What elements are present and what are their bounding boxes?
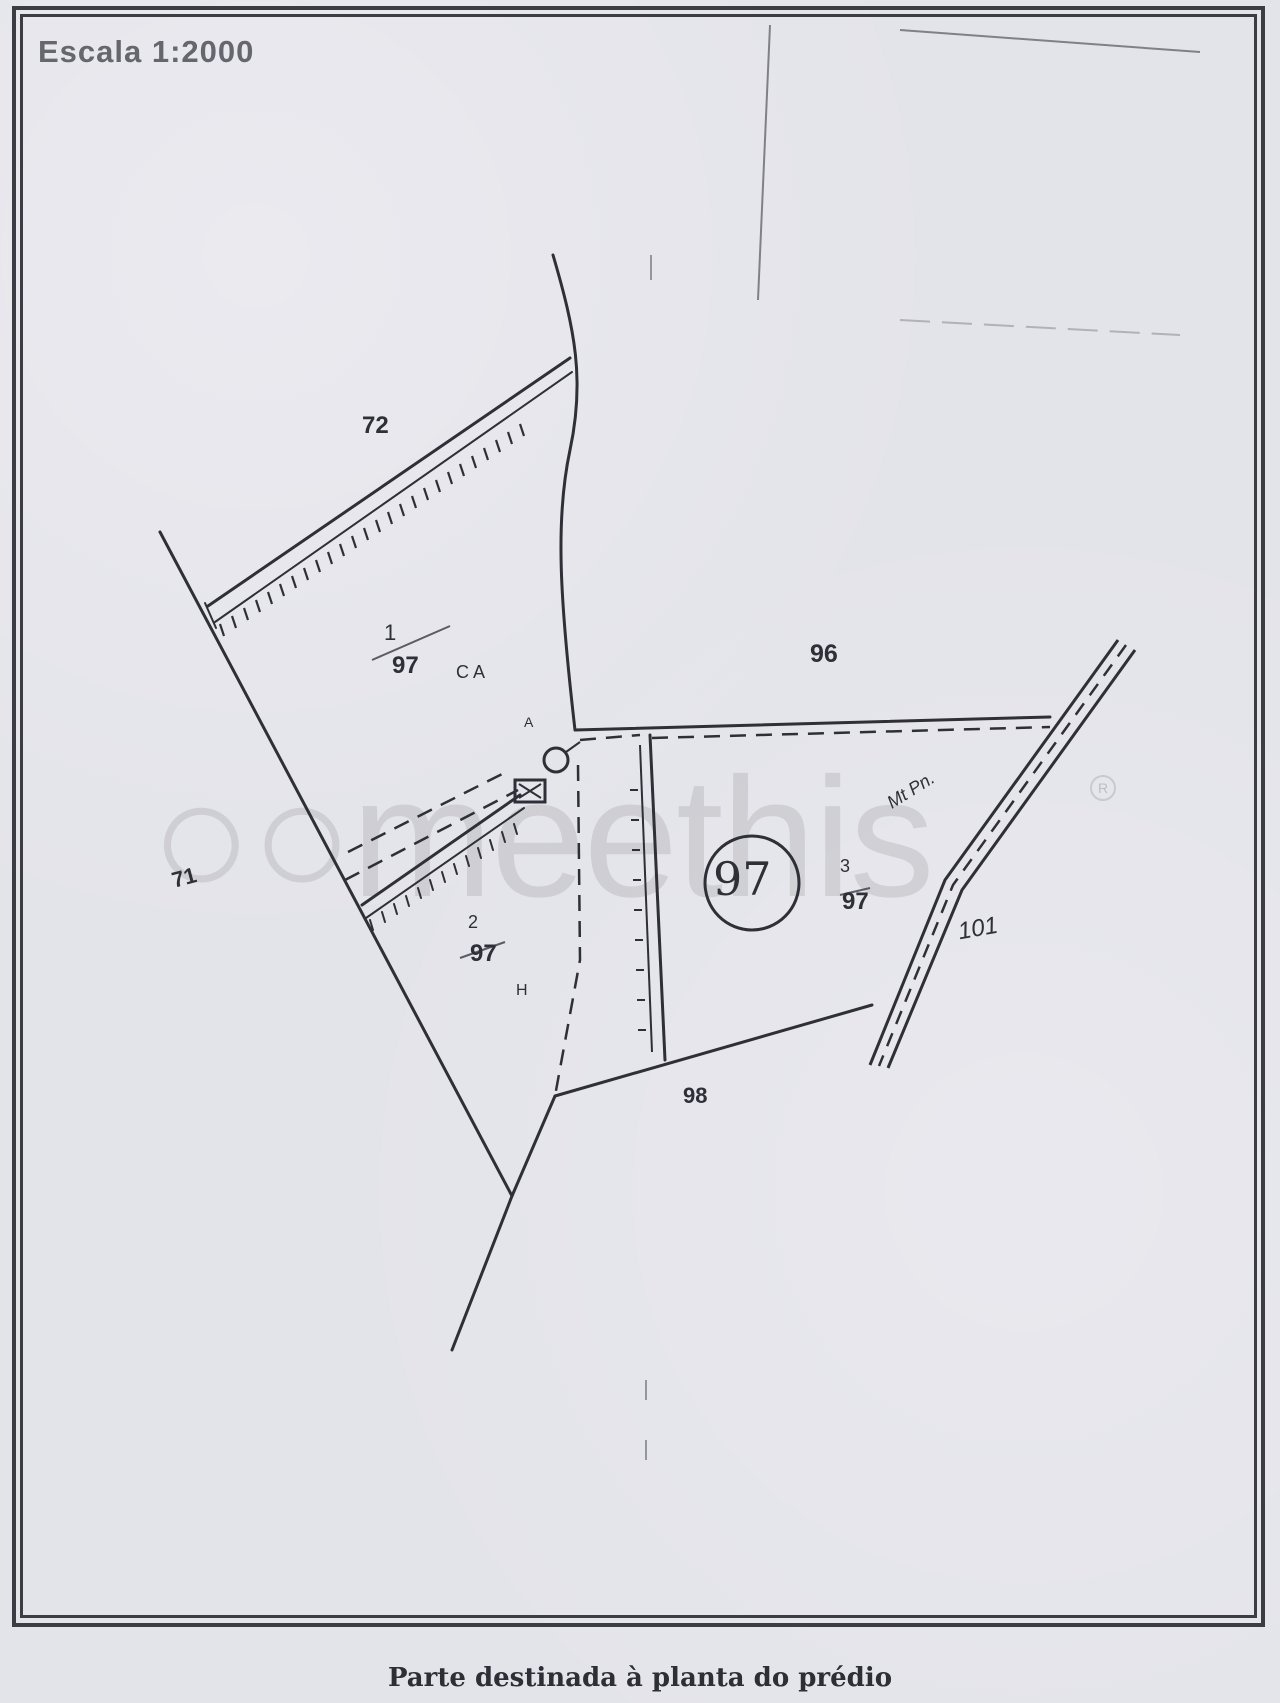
subparcel-1-use: C A	[456, 662, 485, 683]
road-right	[870, 640, 1135, 1068]
subparcel-1-numerator: 1	[384, 620, 396, 646]
subparcel-2-numerator: 2	[468, 912, 478, 933]
faint-background-lines	[758, 25, 1200, 335]
faint-vertical-guides	[646, 255, 651, 1460]
fraction-bars	[372, 626, 870, 958]
well-marker	[544, 742, 580, 772]
subparcel-2-denominator: 97	[470, 940, 497, 968]
parcel-label-96: 96	[810, 640, 838, 669]
parcel-boundaries	[160, 255, 1050, 1350]
scanned-plot-plan: Escala 1:2000 ○○meethis R	[0, 0, 1280, 1703]
point-marker-label: A	[524, 714, 533, 730]
document-caption: Parte destinada à planta do prédio	[0, 1663, 1280, 1693]
subparcel-3-numerator: 3	[840, 856, 850, 877]
subparcel-3-denominator: 97	[842, 888, 869, 916]
parcel-label-98: 98	[683, 1083, 707, 1109]
dashed-tracks	[345, 727, 1050, 1096]
lower-embankment	[362, 795, 524, 930]
main-parcel-number: 97	[713, 852, 772, 906]
parcel-label-72: 72	[362, 412, 389, 440]
subparcel-1-denominator: 97	[392, 652, 419, 680]
subparcel-2-use: H	[516, 982, 528, 1000]
embankment-hatching	[220, 424, 524, 636]
divider-hatching	[630, 745, 652, 1052]
cadastral-map	[0, 0, 1280, 1703]
structure-box-icon	[515, 780, 545, 802]
